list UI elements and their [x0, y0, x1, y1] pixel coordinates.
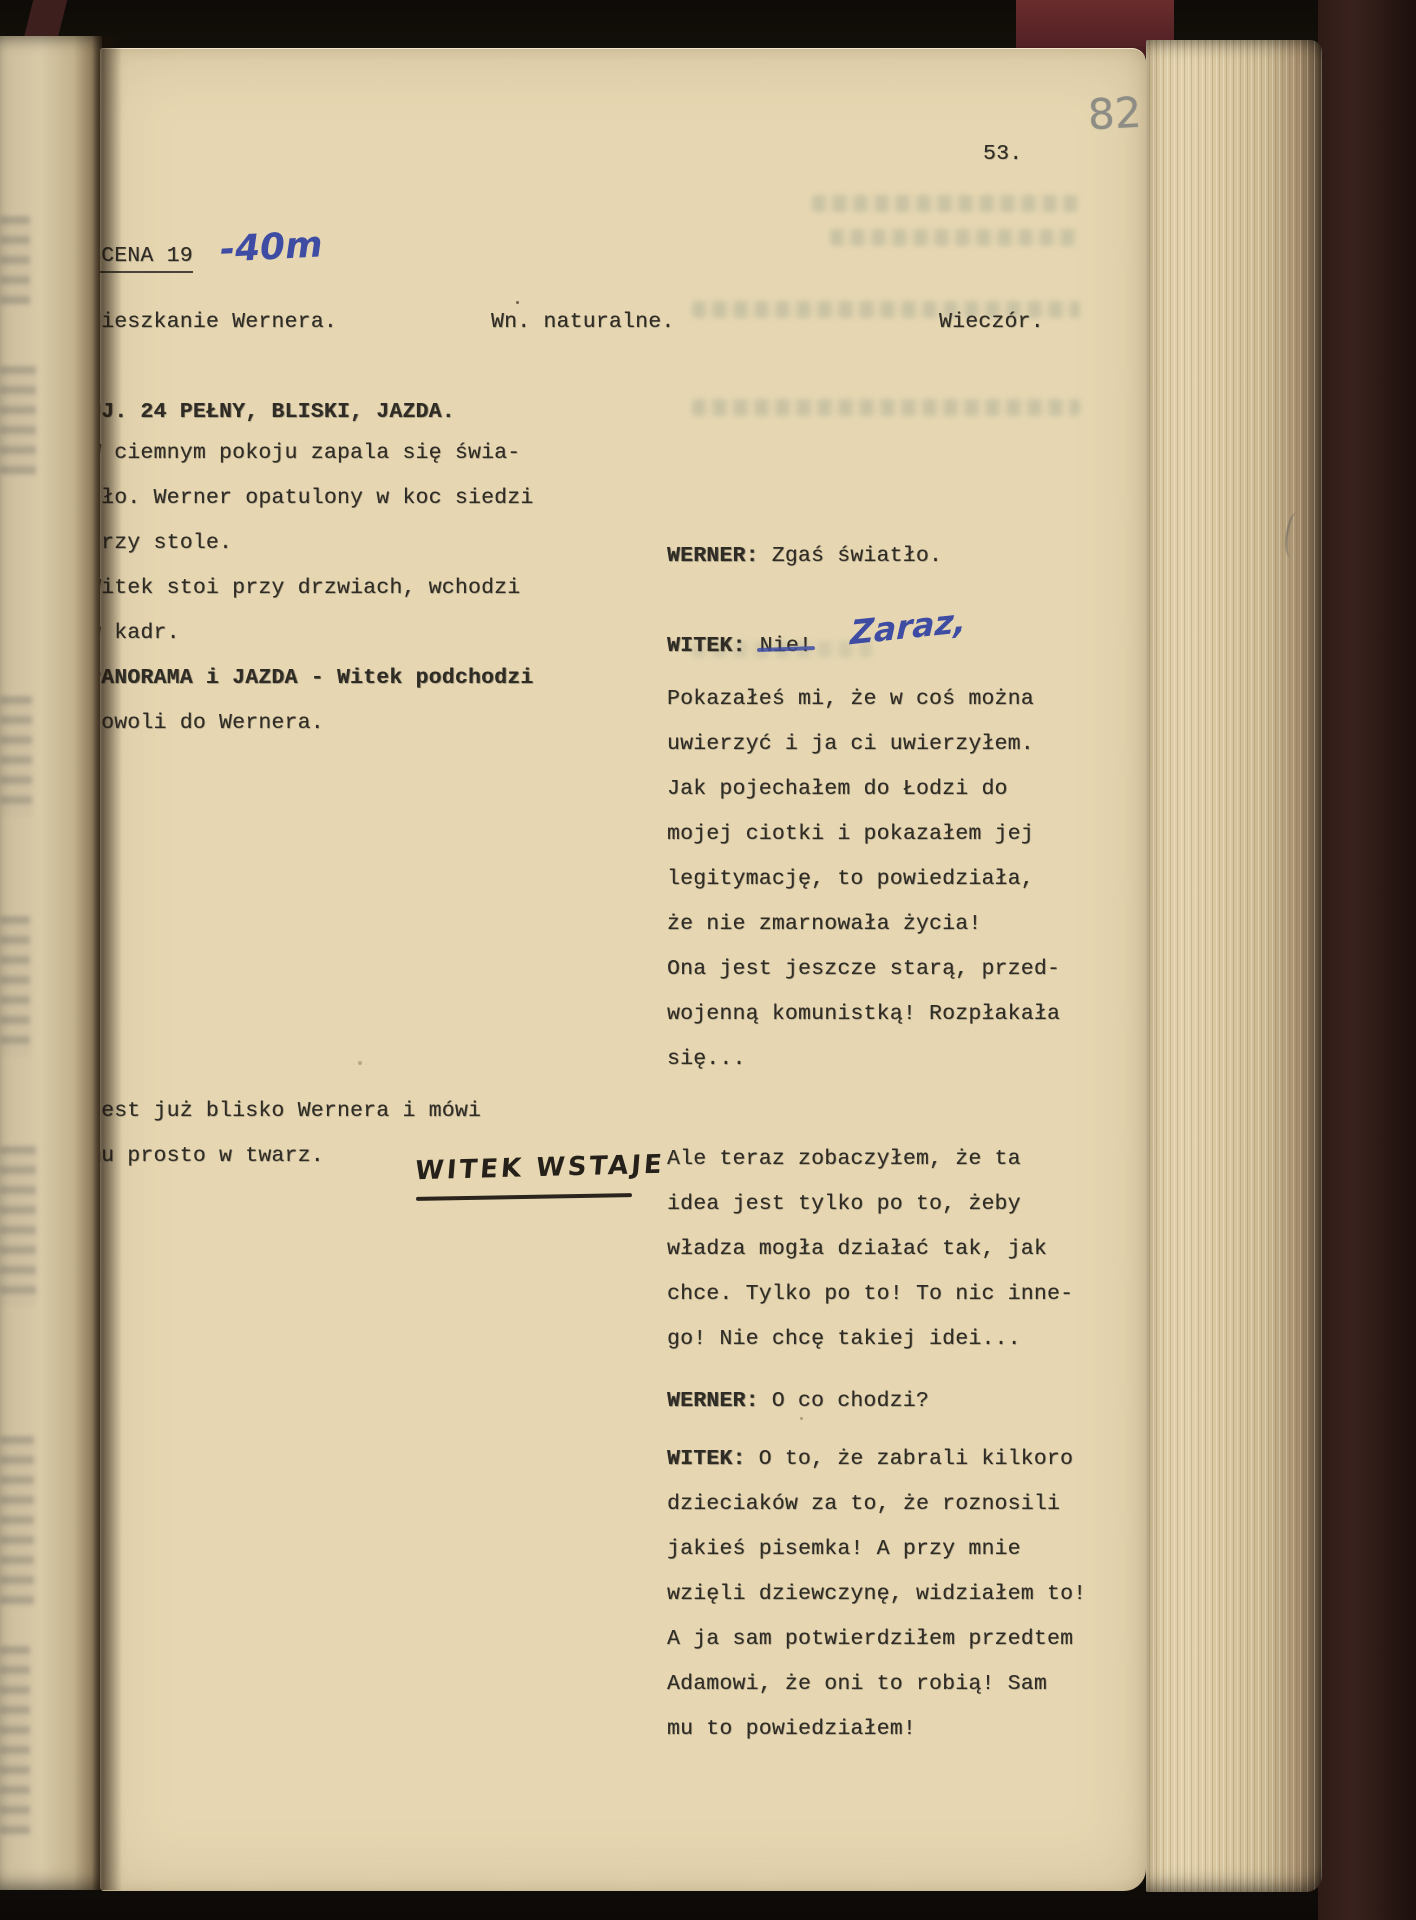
bleed-through-text [830, 229, 1078, 246]
action-line: przy stole. [100, 528, 232, 558]
dialogue-line: dzieciaków za to, że roznosili [667, 1489, 1060, 1519]
speaker-name: WITEK: [667, 1447, 746, 1471]
dialogue-line: Jak pojechałem do Łodzi do [667, 774, 1008, 804]
scene-heading: SCENA 19 [100, 244, 193, 273]
dialogue-line: idea jest tylko po to, żeby [667, 1189, 1021, 1219]
dialogue-line-witek: WITEK:Nie! [667, 631, 812, 661]
action-line: powoli do Wernera. [100, 708, 324, 738]
facing-page-text-fragment [0, 366, 36, 476]
ink-speck [358, 1061, 362, 1065]
slug-interior: Wn. naturalne. [491, 307, 674, 337]
dialogue-line: Ona jest jeszcze starą, przed- [667, 954, 1060, 984]
dialogue-line: go! Nie chcę takiej idei... [667, 1324, 1021, 1354]
script-page-scan: { "meta": { "document_kind": "typewritte… [0, 0, 1416, 1920]
dialogue-line: wojenną komunistką! Rozpłakała [667, 999, 1060, 1029]
speaker-name: WERNER: [667, 1389, 759, 1413]
facing-page-text-fragment [0, 696, 32, 816]
slug-location: Mieszkanie Wernera. [100, 307, 337, 337]
action-line: PANORAMA i JAZDA - Witek podchodzi [100, 663, 533, 693]
bleed-through-text [812, 195, 1078, 212]
struck-word: Nie! [760, 634, 812, 658]
facing-page-text-fragment [0, 216, 30, 306]
pencil-squiggle-mark [1283, 511, 1305, 559]
facing-page-edge [0, 36, 102, 1890]
action-line: w kadr. [100, 618, 180, 648]
handwritten-replacement-word: Zaraz, [850, 601, 967, 653]
action-line: mu prosto w twarz. [100, 1141, 324, 1171]
action-line: Jest już blisko Wernera i mówi [100, 1096, 481, 1126]
dialogue-line: chce. Tylko po to! To nic inne- [667, 1279, 1073, 1309]
bleed-through-text [692, 399, 1080, 416]
page-stack-fore-edge [1146, 40, 1322, 1892]
dialogue-line: mu to powiedziałem! [667, 1714, 916, 1744]
facing-page-text-fragment [0, 1646, 30, 1836]
facing-page-text-fragment [0, 1436, 34, 1606]
dialogue-line: Adamowi, że oni to robią! Sam [667, 1669, 1047, 1699]
dialogue-line-werner: WERNER:Zgaś światło. [667, 541, 942, 571]
speaker-name: WERNER: [667, 544, 759, 568]
dialogue-line-werner: WERNER:O co chodzi? [667, 1386, 929, 1416]
speaker-name: WITEK: [667, 634, 746, 658]
dialogue-line: wzięli dziewczynę, widziałem to! [667, 1579, 1086, 1609]
dialogue-line: mojej ciotki i pokazałem jej [667, 819, 1034, 849]
script-page: 82 53. SCENA 19 -40m Mieszkanie Wernera.… [100, 48, 1146, 1891]
facing-page-text-fragment [0, 916, 30, 1056]
dialogue-line: legitymację, to powiedziała, [667, 864, 1034, 894]
shot-heading: UJ. 24 PEŁNY, BLISKI, JAZDA. [100, 397, 455, 427]
dialogue-line: się... [667, 1044, 746, 1074]
ink-speck [516, 301, 519, 304]
dialogue-line: A ja sam potwierdziłem przedtem [667, 1624, 1073, 1654]
scene-length-annotation: -40m [219, 224, 324, 270]
dialogue-line: że nie zmarnowała życia! [667, 909, 981, 939]
book-cover-right [1318, 0, 1416, 1920]
dialogue-line: Ale teraz zobaczyłem, że ta [667, 1144, 1021, 1174]
handwritten-witek-note: WITEK WSTAJE [414, 1150, 666, 1187]
action-line: tło. Werner opatulony w koc siedzi [100, 483, 533, 513]
ink-speck [800, 1417, 803, 1420]
dialogue-text: O to, że zabrali kilkoro [759, 1447, 1073, 1471]
dialogue-text: Zgaś światło. [772, 544, 942, 568]
note-underline [416, 1193, 632, 1201]
dialogue-line-witek: WITEK:O to, że zabrali kilkoro [667, 1444, 1073, 1474]
facing-page-text-fragment [0, 1146, 36, 1306]
scene-heading-row: SCENA 19 [100, 241, 193, 271]
slug-time: Wieczór. [939, 307, 1044, 337]
typed-page-number: 53. [983, 139, 1022, 169]
dialogue-line: jakieś pisemka! A przy mnie [667, 1534, 1021, 1564]
action-line: W ciemnym pokoju zapala się świa- [100, 438, 520, 468]
dialogue-line: uwierzyć i ja ci uwierzyłem. [667, 729, 1034, 759]
action-line: Witek stoi przy drzwiach, wchodzi [100, 573, 520, 603]
dialogue-line: Pokazałeś mi, że w coś można [667, 684, 1034, 714]
dialogue-line: władza mogła działać tak, jak [667, 1234, 1047, 1264]
pencil-page-number: 82 [1087, 88, 1143, 140]
dialogue-text: O co chodzi? [772, 1389, 929, 1413]
